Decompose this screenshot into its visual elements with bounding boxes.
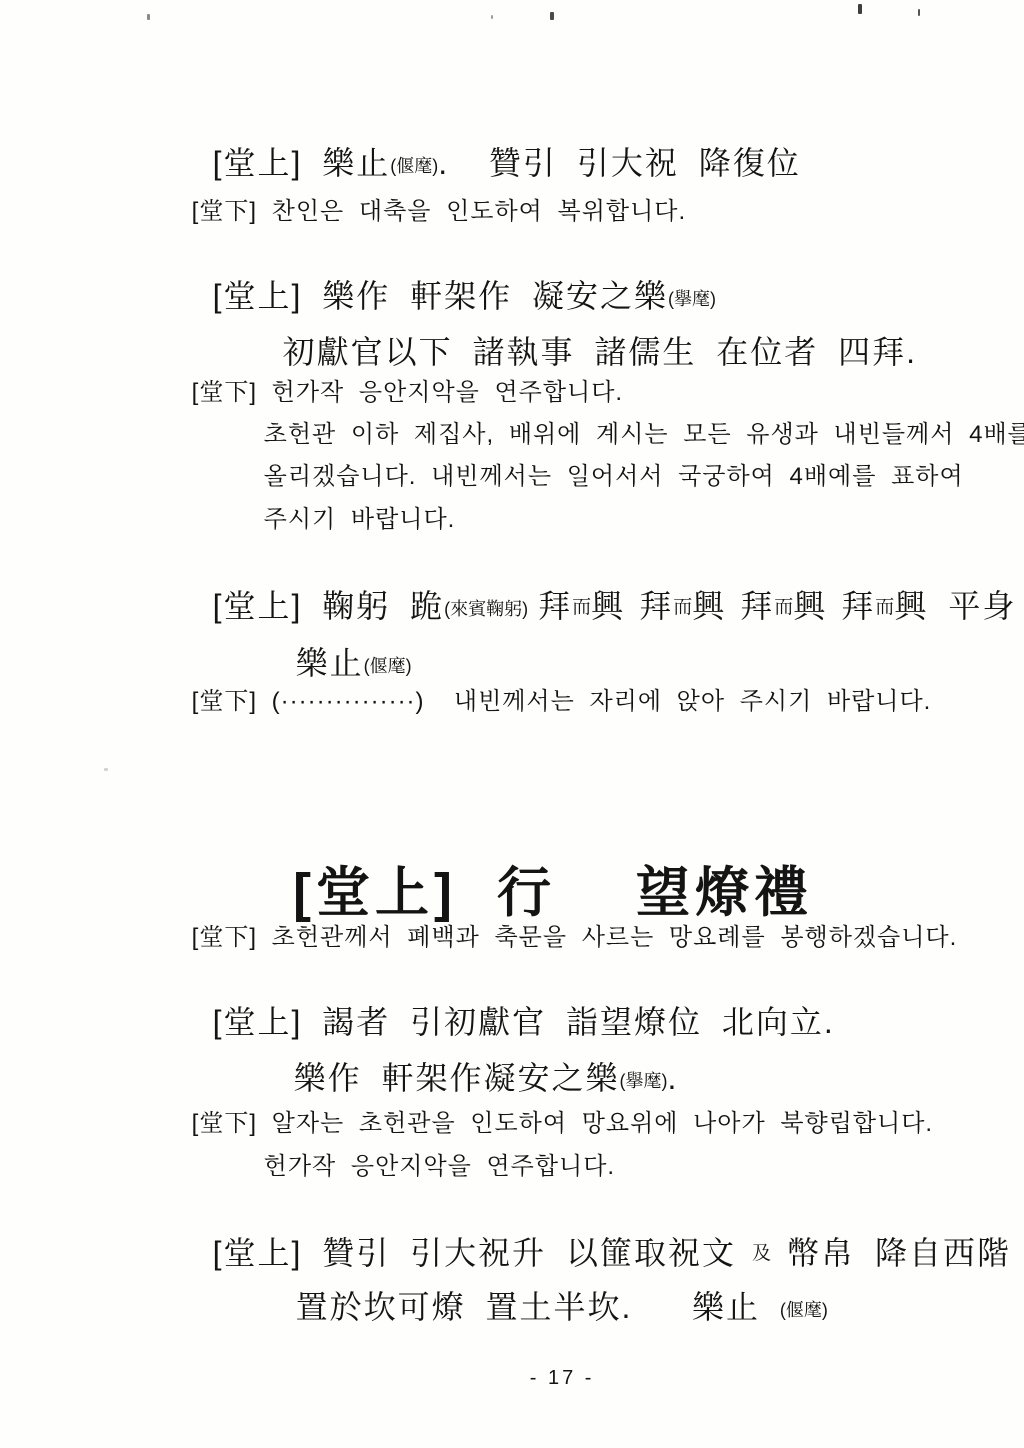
scan-speck (918, 9, 920, 16)
hanja-text: 置於坎可燎 置土半坎. 樂止 (296, 1289, 780, 1325)
page-number-text: - 17 - (530, 1367, 595, 1389)
inline-annotation: 而 (774, 597, 793, 618)
hanja-text: 拜 (740, 588, 774, 624)
dangha-line: [堂下] (···············) 내빈께서는 자리에 앉아 주시기 … (133, 660, 931, 743)
page-number: - 17 - (496, 1344, 595, 1413)
hanja-text: 興 (591, 588, 625, 624)
scan-speck (550, 12, 554, 20)
dangha-line-continued: 헌가작 응안지악을 연주합니다. (205, 1125, 615, 1208)
hanja-text: 拜 (538, 588, 572, 624)
document-page: [堂上] 樂止(偃麾). 贊引 引大祝 降復位 [堂下] 찬인은 대축을 인도하… (0, 0, 1024, 1448)
korean-text: [堂下] (···············) 내빈께서는 자리에 앉아 주시기 … (192, 688, 932, 715)
inline-annotation: 而 (572, 597, 591, 618)
korean-text: [堂下] 초헌관께서 폐백과 축문을 사르는 망요례를 봉행하겠습니다. (192, 924, 958, 951)
hanja-text: 拜 (841, 588, 875, 624)
bai-heung-group: 拜而興 (538, 588, 625, 624)
inline-annotation: 而 (673, 597, 692, 618)
bai-heung-group: 拜而興 (841, 588, 928, 624)
korean-text: 헌가작 응안지악을 연주합니다. (264, 1153, 615, 1180)
dangha-line-continued: 주시기 바랍니다. (205, 478, 455, 561)
scan-speck (858, 4, 862, 14)
scan-speck (147, 14, 150, 20)
hanja-text: 平身 (948, 588, 1016, 624)
hanja-text: 拜 (639, 588, 673, 624)
korean-text: 주시기 바랍니다. (264, 506, 456, 533)
korean-text: [堂下] 찬인은 대축을 인도하여 복위합니다. (192, 198, 686, 225)
bai-heung-group: 拜而興 (639, 588, 726, 624)
bai-heung-group: 拜而興 (740, 588, 827, 624)
scan-speck (104, 768, 108, 771)
hanja-text: 興 (692, 588, 726, 624)
scan-speck (491, 15, 493, 19)
inline-annotation: (偃麾) (780, 1300, 828, 1320)
hanja-text: 興 (894, 588, 928, 624)
hanja-text: 興 (793, 588, 827, 624)
inline-annotation: 而 (875, 597, 894, 618)
inline-annotation: (來賓鞠躬) (444, 599, 528, 619)
